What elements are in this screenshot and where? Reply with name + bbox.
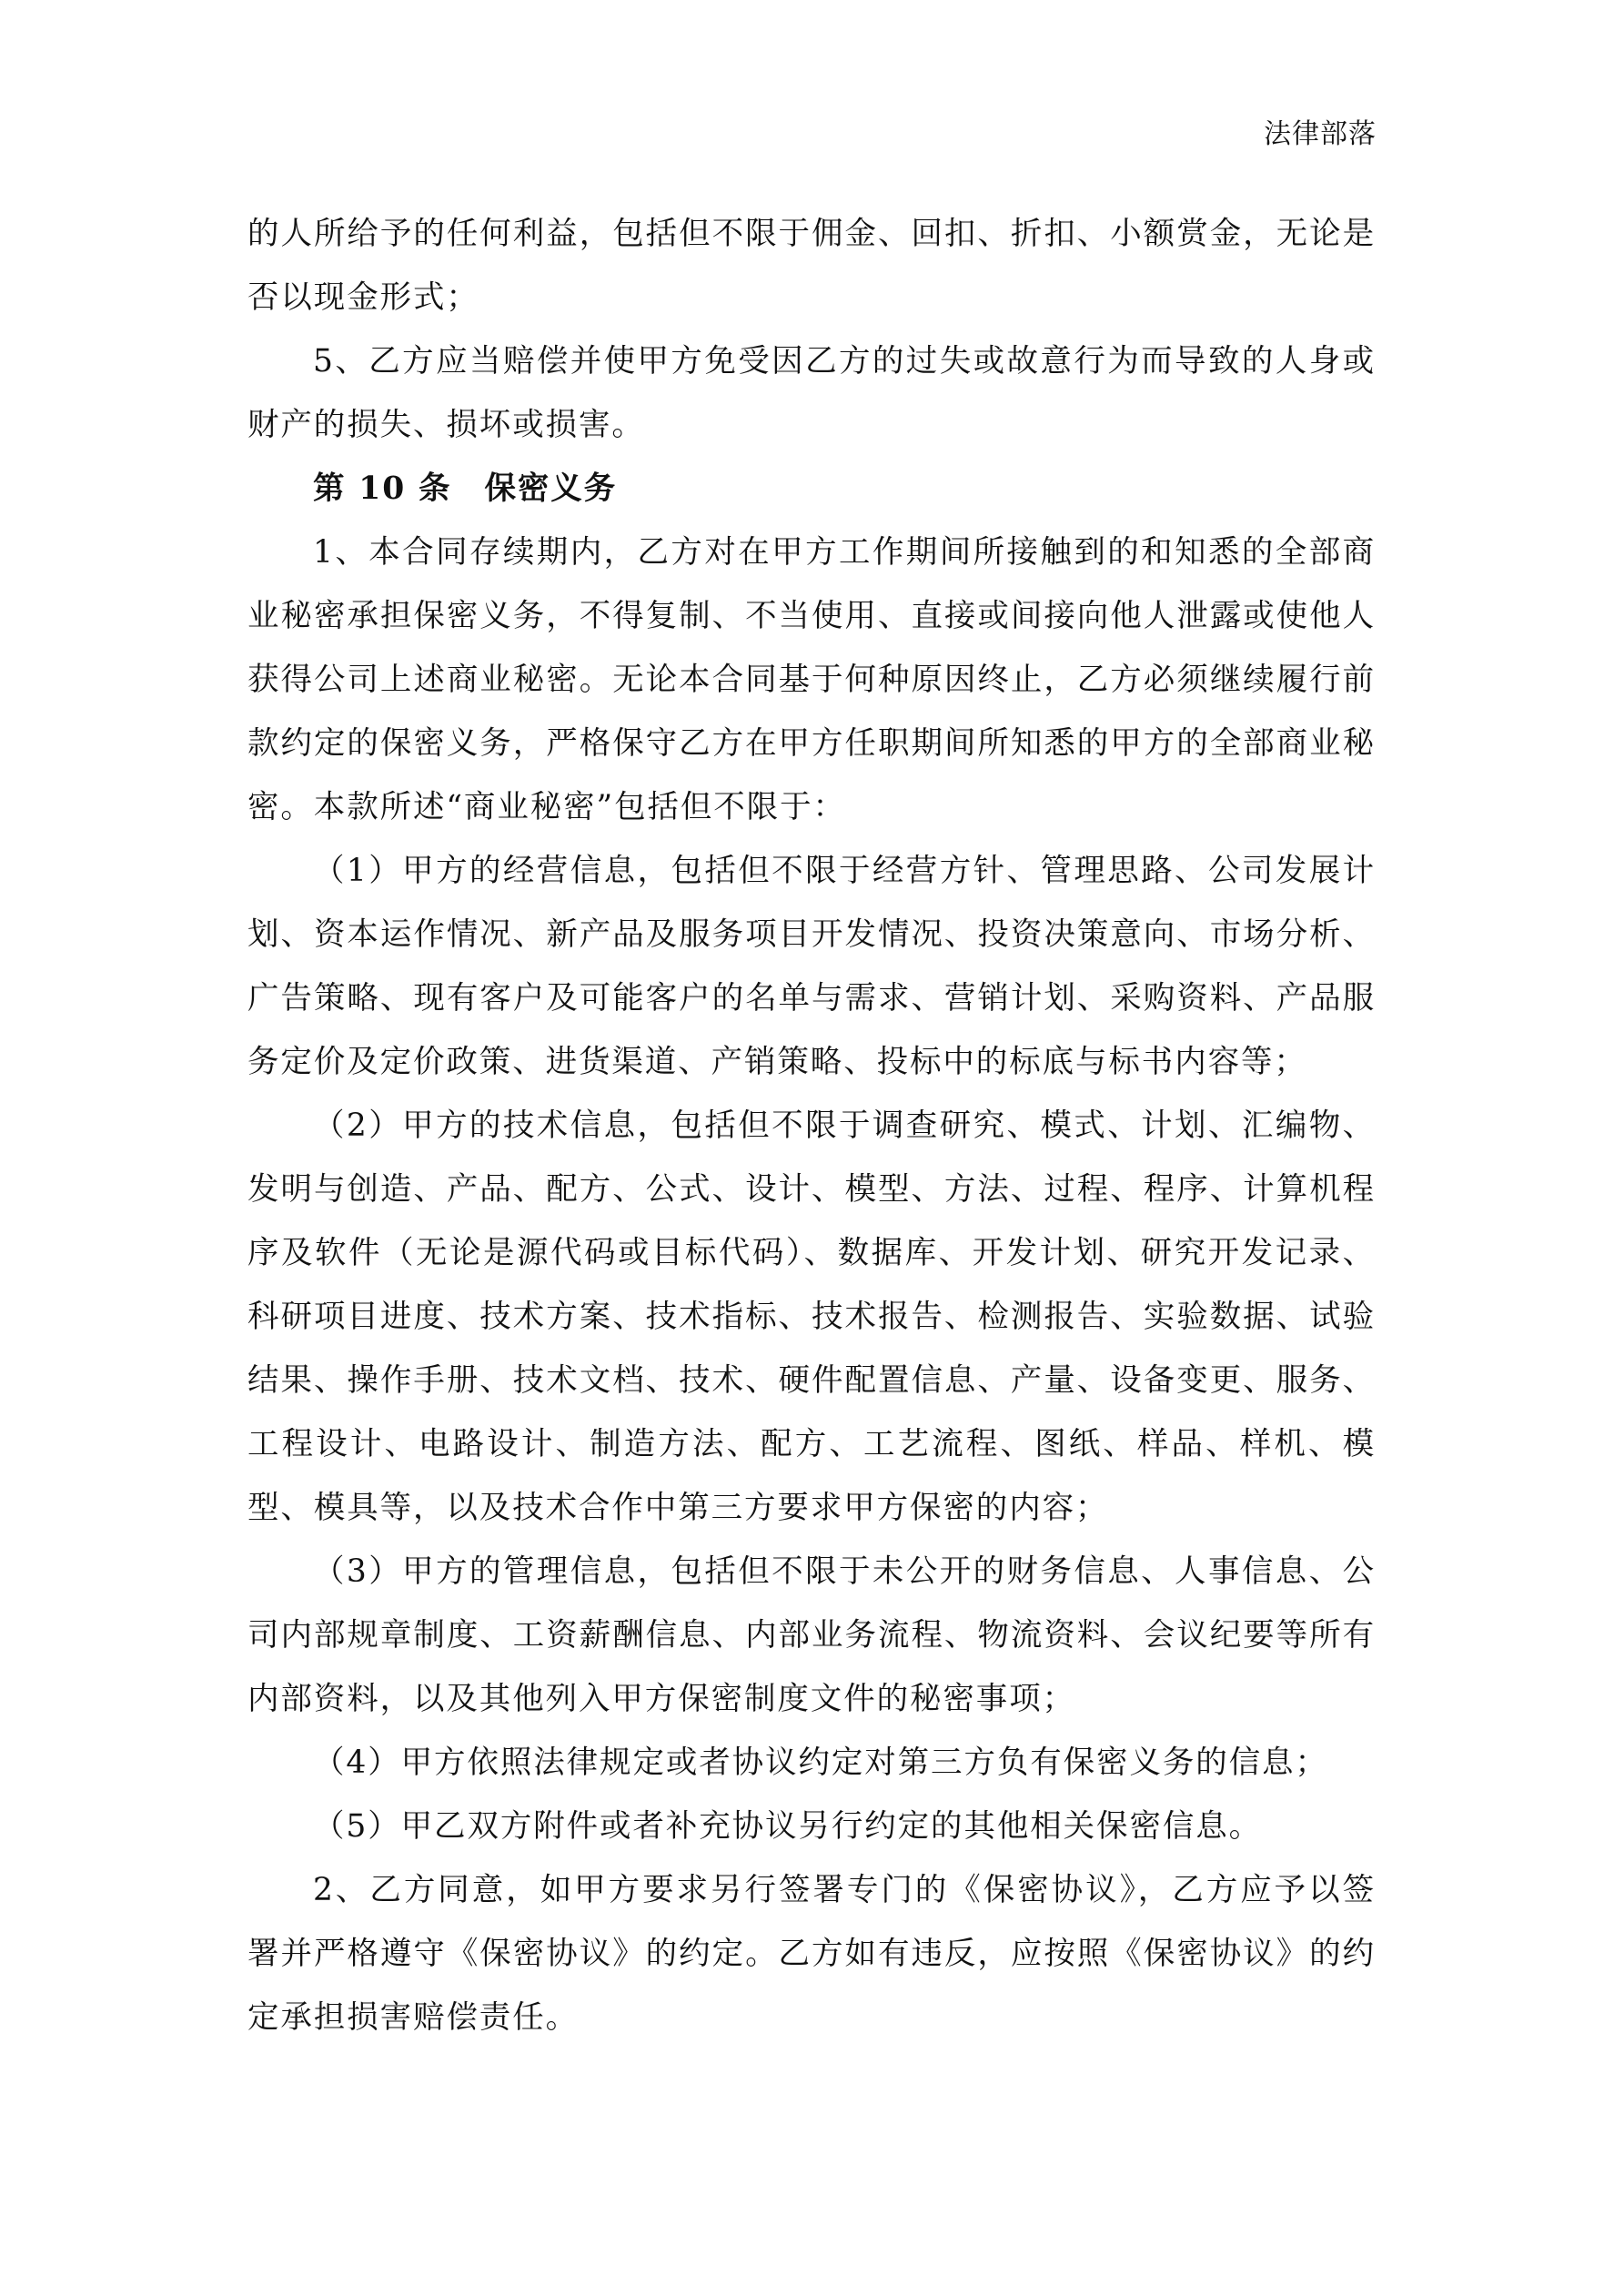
- paragraph-business-info: （1）甲方的经营信息，包括但不限于经营方针、管理思路、公司发展计划、资本运作情况…: [247, 839, 1376, 1094]
- paragraph-other-info: （5）甲乙双方附件或者补充协议另行约定的其他相关保密信息。: [247, 1795, 1376, 1858]
- paragraph-clause-5: 5、乙方应当赔偿并使甲方免受因乙方的过失或故意行为而导致的人身或财产的损失、损坏…: [247, 329, 1376, 457]
- document-page: 法律部落 的人所给予的任何利益，包括但不限于佣金、回扣、折扣、小额赏金，无论是否…: [0, 0, 1624, 2296]
- page-header: 法律部落: [1264, 116, 1377, 153]
- section-heading: 第 10 条保密义务: [247, 457, 1376, 521]
- paragraph-confidentiality-2: 2、乙方同意，如甲方要求另行签署专门的《保密协议》，乙方应予以签署并严格遵守《保…: [247, 1858, 1376, 2049]
- paragraph-confidentiality-1: 1、本合同存续期内，乙方对在甲方工作期间所接触到的和知悉的全部商业秘密承担保密义…: [247, 521, 1376, 839]
- section-number: 第 10 条: [313, 470, 451, 507]
- paragraph-management-info: （3）甲方的管理信息，包括但不限于未公开的财务信息、人事信息、公司内部规章制度、…: [247, 1540, 1376, 1731]
- paragraph-continuation: 的人所给予的任何利益，包括但不限于佣金、回扣、折扣、小额赏金，无论是否以现金形式…: [247, 202, 1376, 329]
- paragraph-technical-info: （2）甲方的技术信息，包括但不限于调查研究、模式、计划、汇编物、发明与创造、产品…: [247, 1094, 1376, 1540]
- section-title: 保密义务: [484, 470, 617, 507]
- document-body: 的人所给予的任何利益，包括但不限于佣金、回扣、折扣、小额赏金，无论是否以现金形式…: [247, 202, 1376, 2049]
- paragraph-third-party-info: （4）甲方依照法律规定或者协议约定对第三方负有保密义务的信息；: [247, 1731, 1376, 1795]
